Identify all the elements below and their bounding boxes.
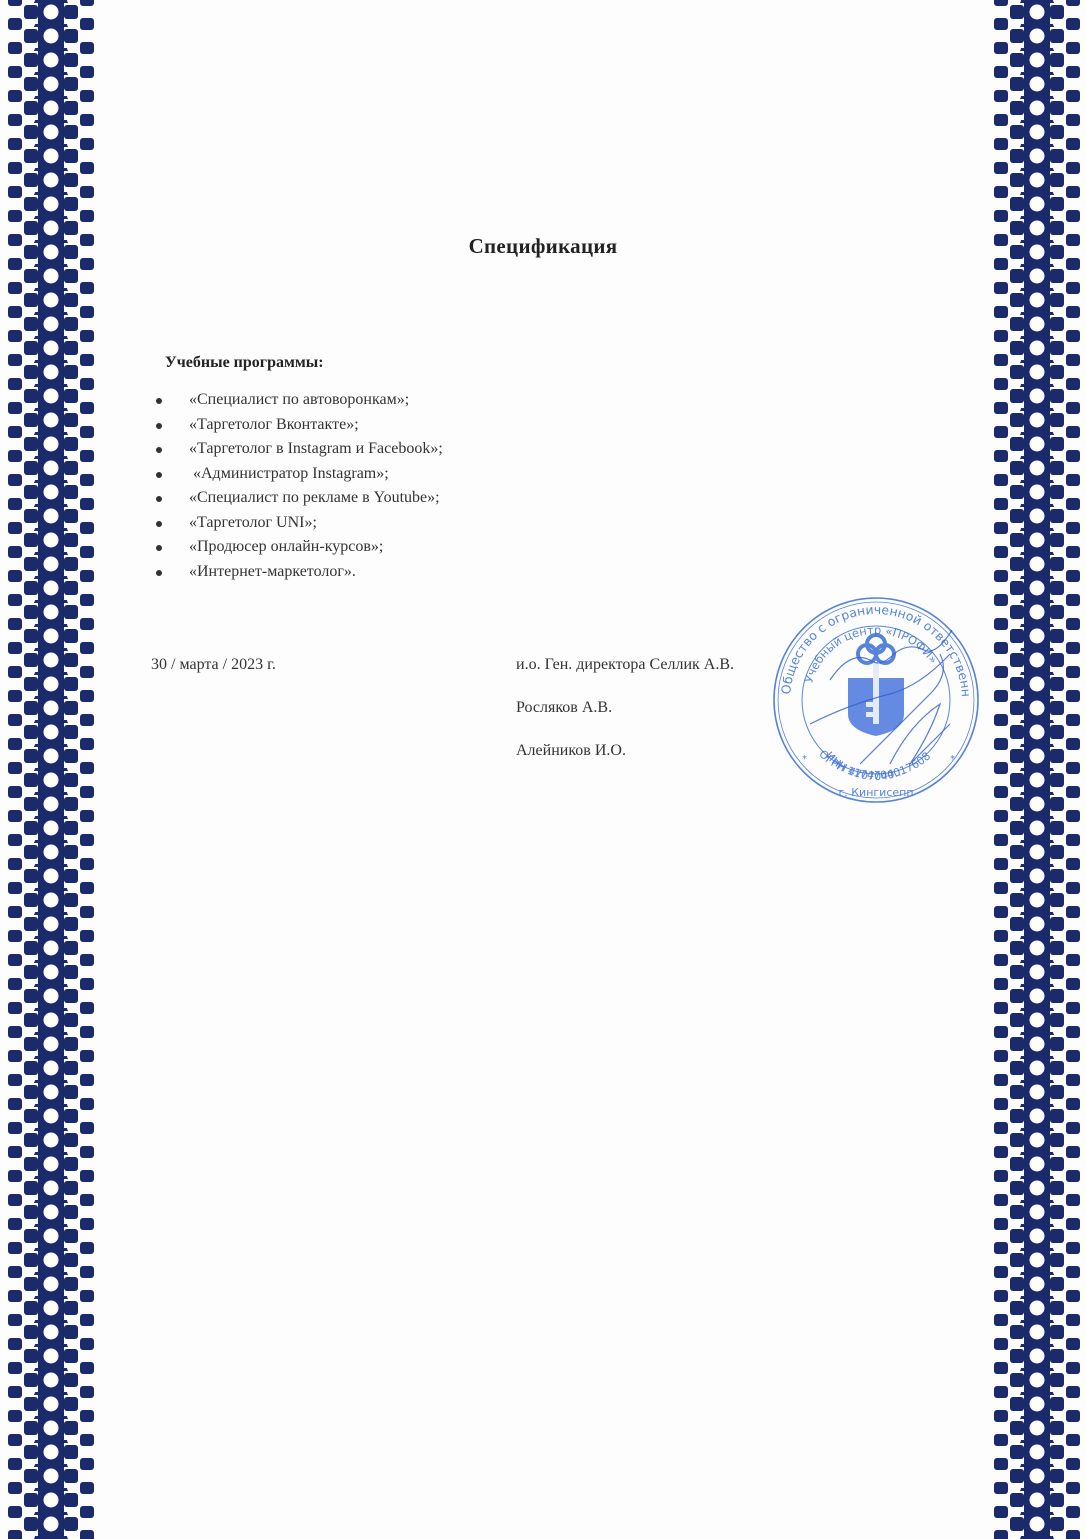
svg-text:*: * — [802, 754, 807, 765]
list-item: «Таргетолог Вконтакте»; — [152, 413, 443, 438]
programs-heading: Учебные программы: — [165, 354, 324, 372]
svg-text:*: * — [950, 754, 955, 765]
signer-3: Алейников И.О. — [516, 742, 734, 785]
bullet-icon — [156, 398, 162, 404]
signer-director: и.о. Ген. директора Селлик А.В. — [516, 656, 734, 699]
decorative-border-left — [2, 0, 98, 1539]
decorative-border-right — [988, 0, 1084, 1539]
bullet-icon — [156, 447, 162, 453]
list-item: «Администратор Instagram»; — [152, 462, 443, 487]
bullet-icon — [156, 545, 162, 551]
bullet-icon — [156, 423, 162, 429]
list-item: «Таргетолог в Instagram и Facebook»; — [152, 437, 443, 462]
signers-block: и.о. Ген. директора Селлик А.В. Росляков… — [516, 656, 734, 785]
key-emblem-icon — [848, 635, 904, 736]
list-item: «Специалист по рекламе в Youtube»; — [152, 486, 443, 511]
bullet-icon — [156, 472, 162, 478]
bullet-icon — [156, 521, 162, 527]
document-date: 30 / марта / 2023 г. — [151, 656, 276, 674]
signer-2: Росляков А.В. — [516, 699, 734, 742]
bullet-icon — [156, 496, 162, 502]
document-title: Спецификация — [0, 234, 1086, 259]
list-item: «Продюсер онлайн-курсов»; — [152, 535, 443, 560]
bullet-icon — [156, 570, 162, 576]
programs-list: «Специалист по автоворонкам»; «Таргетоло… — [152, 388, 443, 584]
list-item: «Интернет-маркетолог». — [152, 560, 443, 585]
company-stamp: Общество с ограниченной ответственностью… — [770, 594, 982, 806]
list-item: «Таргетолог UNI»; — [152, 511, 443, 536]
stamp-city: г. Кингисепп — [838, 786, 913, 799]
list-item: «Специалист по автоворонкам»; — [152, 388, 443, 413]
